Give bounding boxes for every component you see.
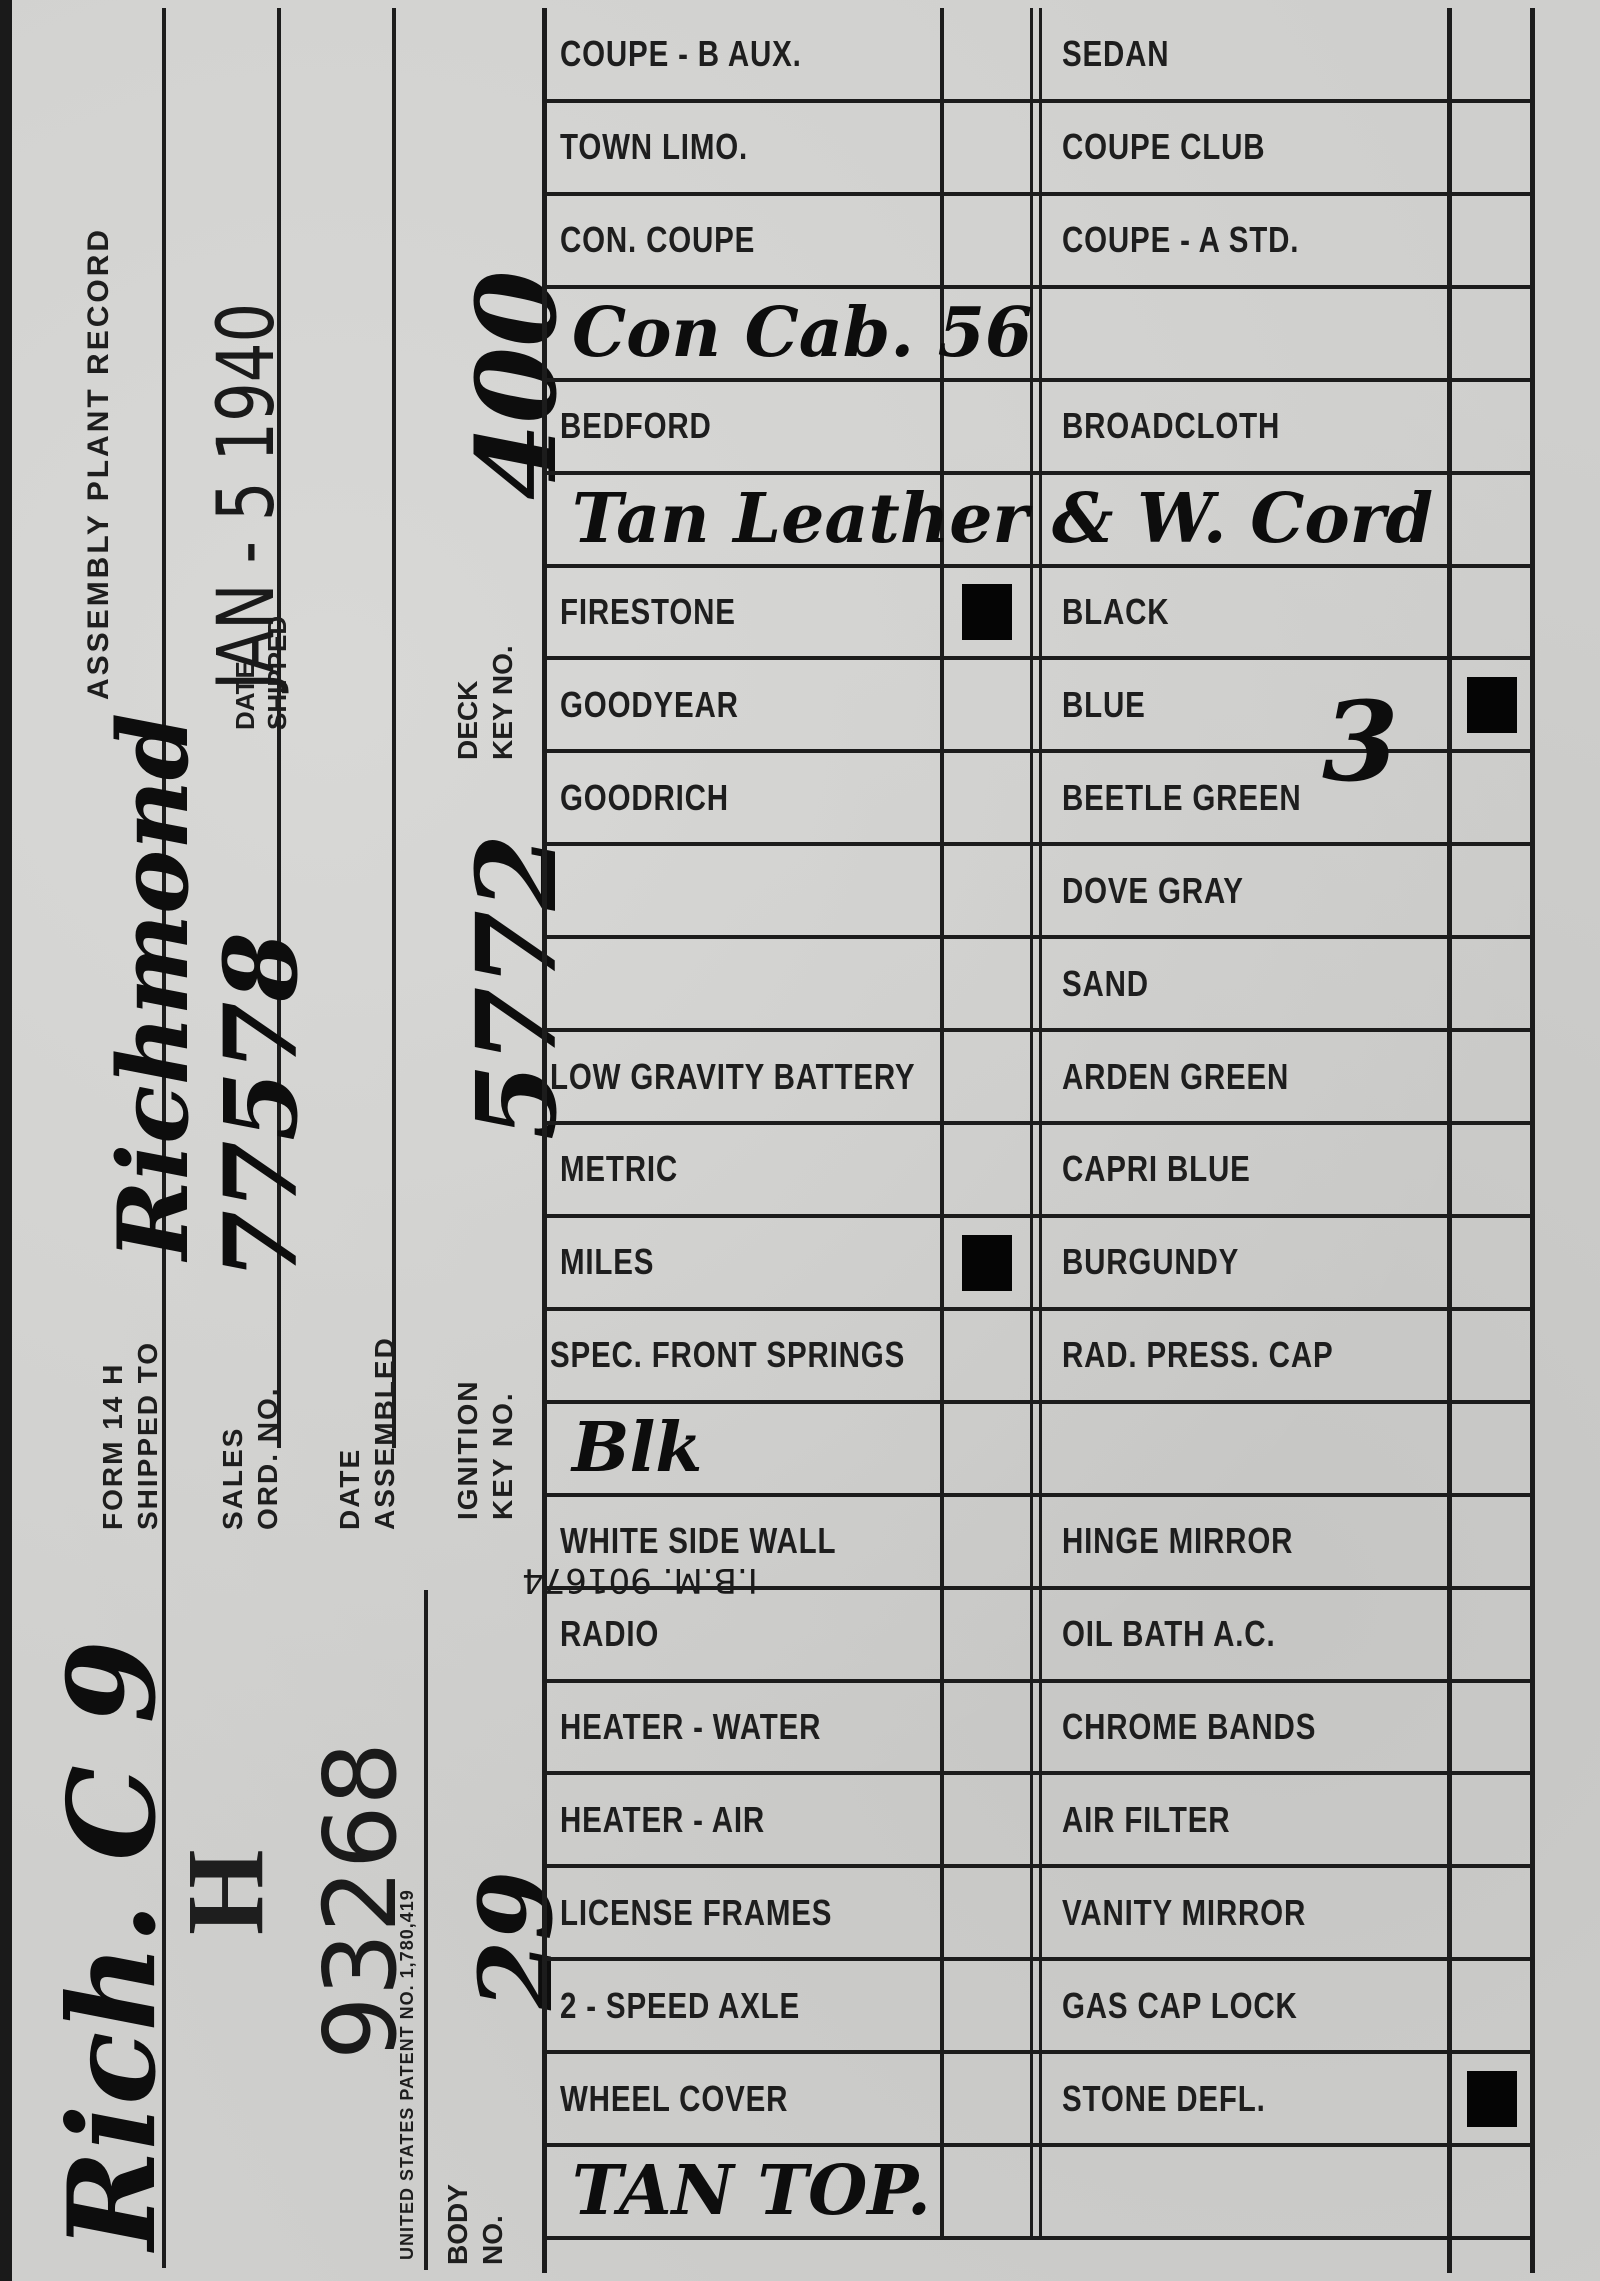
option-label: GOODYEAR	[560, 684, 739, 726]
option-right-cell[interactable]: COUPE CLUB	[1062, 101, 1310, 194]
rich-note: Rich. C 9	[42, 1640, 183, 2250]
checkbox-mark-filled[interactable]	[1467, 2071, 1517, 2127]
patent-text: UNITED STATES PATENT NO. 1,780,419	[397, 1889, 418, 2260]
option-left-cell[interactable]: TOWN LIMO.	[560, 101, 789, 194]
checkbox-mark-filled[interactable]	[962, 1235, 1012, 1291]
option-label: RAD. PRESS. CAP	[1062, 1334, 1333, 1376]
option-label: 2 - SPEED AXLE	[560, 1985, 800, 2027]
body-no-label: BODY	[442, 2184, 474, 2265]
grid-col-divider	[1447, 8, 1452, 2273]
date-assembled-label: DATE	[334, 1448, 366, 1530]
option-label: CON. COUPE	[560, 219, 755, 261]
option-right-cell[interactable]: BLUE	[1062, 658, 1164, 751]
handwritten-entry: Con Cab. 56	[572, 287, 1032, 380]
sales-order-number: 77578	[202, 932, 320, 1280]
h-stamp: H	[162, 1849, 289, 1935]
option-label: ARDEN GREEN	[1062, 1056, 1289, 1098]
option-label: COUPE CLUB	[1062, 126, 1265, 168]
option-right-cell[interactable]: VANITY MIRROR	[1062, 1866, 1360, 1959]
option-left-cell[interactable]: HEATER - AIR	[560, 1773, 810, 1866]
option-label: COUPE - B AUX.	[560, 33, 802, 75]
option-label: BROADCLOTH	[1062, 405, 1280, 447]
option-right-cell[interactable]: BLACK	[1062, 566, 1193, 659]
option-label: FIRESTONE	[560, 591, 736, 633]
option-left-cell[interactable]: METRIC	[560, 1123, 704, 1216]
option-label: CAPRI BLUE	[1062, 1148, 1251, 1190]
ignition-key-label: IGNITION	[452, 1380, 484, 1520]
option-right-cell[interactable]: COUPE - A STD.	[1062, 194, 1351, 287]
option-right-cell[interactable]: BROADCLOTH	[1062, 380, 1328, 473]
option-left-cell[interactable]: LOW GRAVITY BATTERY	[550, 1030, 996, 1123]
option-left-cell[interactable]: FIRESTONE	[560, 566, 774, 659]
option-label: STONE DEFL.	[1062, 2078, 1266, 2120]
option-label: COUPE - A STD.	[1062, 219, 1299, 261]
option-left-cell[interactable]: CON. COUPE	[560, 194, 798, 287]
option-left-cell[interactable]: RADIO	[560, 1588, 681, 1681]
option-left-cell[interactable]: WHITE SIDE WALL	[560, 1495, 897, 1588]
ignition-key-label-2: KEY NO.	[487, 1391, 519, 1520]
option-label: WHITE SIDE WALL	[560, 1520, 836, 1562]
deck-key-label: DECK	[452, 681, 484, 760]
option-label: TOWN LIMO.	[560, 126, 748, 168]
option-label: BEDFORD	[560, 405, 712, 447]
option-right-cell[interactable]: AIR FILTER	[1062, 1773, 1267, 1866]
option-left-cell[interactable]: HEATER - WATER	[560, 1681, 879, 1774]
option-right-cell[interactable]: SEDAN	[1062, 8, 1193, 101]
option-label: BLACK	[1062, 591, 1169, 633]
shipped-to-value: Richmond	[97, 713, 210, 1260]
option-label: LICENSE FRAMES	[560, 1892, 832, 1934]
grid-row-line	[542, 935, 1535, 939]
option-right-cell[interactable]: BEETLE GREEN	[1062, 751, 1354, 844]
option-right-cell[interactable]: HINGE MIRROR	[1062, 1495, 1344, 1588]
option-right-cell[interactable]: GAS CAP LOCK	[1062, 1959, 1349, 2052]
date-shipped-value: JAN - 5 1940	[202, 303, 292, 690]
checkbox-mark-filled[interactable]	[1467, 677, 1517, 733]
option-label: OIL BATH A.C.	[1062, 1613, 1275, 1655]
option-right-cell[interactable]: STONE DEFL.	[1062, 2052, 1310, 2145]
checkbox-mark-filled[interactable]	[962, 584, 1012, 640]
option-label: DOVE GRAY	[1062, 870, 1244, 912]
sales-ord-label: SALES	[217, 1427, 249, 1530]
option-right-cell[interactable]: SAND	[1062, 937, 1168, 1030]
option-label: BURGUNDY	[1062, 1241, 1239, 1283]
option-label: VANITY MIRROR	[1062, 1892, 1306, 1934]
handwritten-entry: TAN TOP.	[572, 2145, 931, 2238]
option-label: MILES	[560, 1241, 654, 1283]
option-label: BEETLE GREEN	[1062, 777, 1301, 819]
option-right-cell[interactable]: CHROME BANDS	[1062, 1681, 1372, 1774]
option-label: AIR FILTER	[1062, 1799, 1230, 1841]
option-label: SEDAN	[1062, 33, 1169, 75]
option-right-cell[interactable]: ARDEN GREEN	[1062, 1030, 1339, 1123]
option-left-cell[interactable]: GOODYEAR	[560, 658, 778, 751]
option-label: METRIC	[560, 1148, 678, 1190]
option-left-cell[interactable]: 2 - SPEED AXLE	[560, 1959, 853, 2052]
option-label: HEATER - WATER	[560, 1706, 821, 1748]
date-assembled-label-2: ASSEMBLED	[369, 1336, 401, 1530]
option-left-cell[interactable]: LICENSE FRAMES	[560, 1866, 892, 1959]
option-right-cell[interactable]: DOVE GRAY	[1062, 844, 1284, 937]
form-number-label: FORM 14 H	[97, 1363, 129, 1530]
option-label: HEATER - AIR	[560, 1799, 765, 1841]
body-no-label-2: NO.	[477, 2215, 509, 2265]
option-label: RADIO	[560, 1613, 659, 1655]
option-left-cell[interactable]: WHEEL COVER	[560, 2052, 838, 2145]
handwritten-entry: Tan Leather & W. Cord	[572, 473, 1433, 566]
option-left-cell[interactable]: BEDFORD	[560, 380, 745, 473]
handwritten-entry: Blk	[572, 1402, 702, 1495]
option-left-cell[interactable]: GOODRICH	[560, 751, 766, 844]
sales-ord-label-2: ORD. NO.	[252, 1386, 284, 1530]
option-label: BLUE	[1062, 684, 1146, 726]
option-right-cell[interactable]: BURGUNDY	[1062, 1216, 1278, 1309]
options-grid: COUPE - B AUX.SEDANTOWN LIMO.COUPE CLUBC…	[542, 8, 1547, 2273]
option-left-cell[interactable]: COUPE - B AUX.	[560, 8, 855, 101]
option-right-cell[interactable]: RAD. PRESS. CAP	[1062, 1309, 1393, 1402]
grid-border-left	[542, 8, 547, 2273]
option-label: WHEEL COVER	[560, 2078, 788, 2120]
grid-border-right	[1530, 8, 1535, 2273]
option-label: GOODRICH	[560, 777, 729, 819]
option-right-cell[interactable]: CAPRI BLUE	[1062, 1123, 1292, 1216]
column-divider	[424, 1590, 428, 2270]
option-right-cell[interactable]: OIL BATH A.C.	[1062, 1588, 1322, 1681]
form-title: ASSEMBLY PLANT RECORD	[82, 227, 116, 700]
assembly-plant-record-card: ASSEMBLY PLANT RECORD FORM 14 H SHIPPED …	[12, 0, 1600, 2281]
option-label: SPEC. FRONT SPRINGS	[550, 1334, 905, 1376]
option-left-cell[interactable]: SPEC. FRONT SPRINGS	[550, 1309, 983, 1402]
option-label: HINGE MIRROR	[1062, 1520, 1293, 1562]
option-label: LOW GRAVITY BATTERY	[550, 1056, 915, 1098]
deck-key-label-2: KEY NO.	[487, 645, 519, 760]
option-label: CHROME BANDS	[1062, 1706, 1316, 1748]
option-label: GAS CAP LOCK	[1062, 1985, 1298, 2027]
option-left-cell[interactable]: MILES	[560, 1216, 675, 1309]
handwritten-annotation: 3	[1322, 677, 1399, 806]
option-label: SAND	[1062, 963, 1149, 1005]
shipped-to-label: SHIPPED TO	[132, 1341, 164, 1530]
column-divider	[392, 8, 396, 1448]
